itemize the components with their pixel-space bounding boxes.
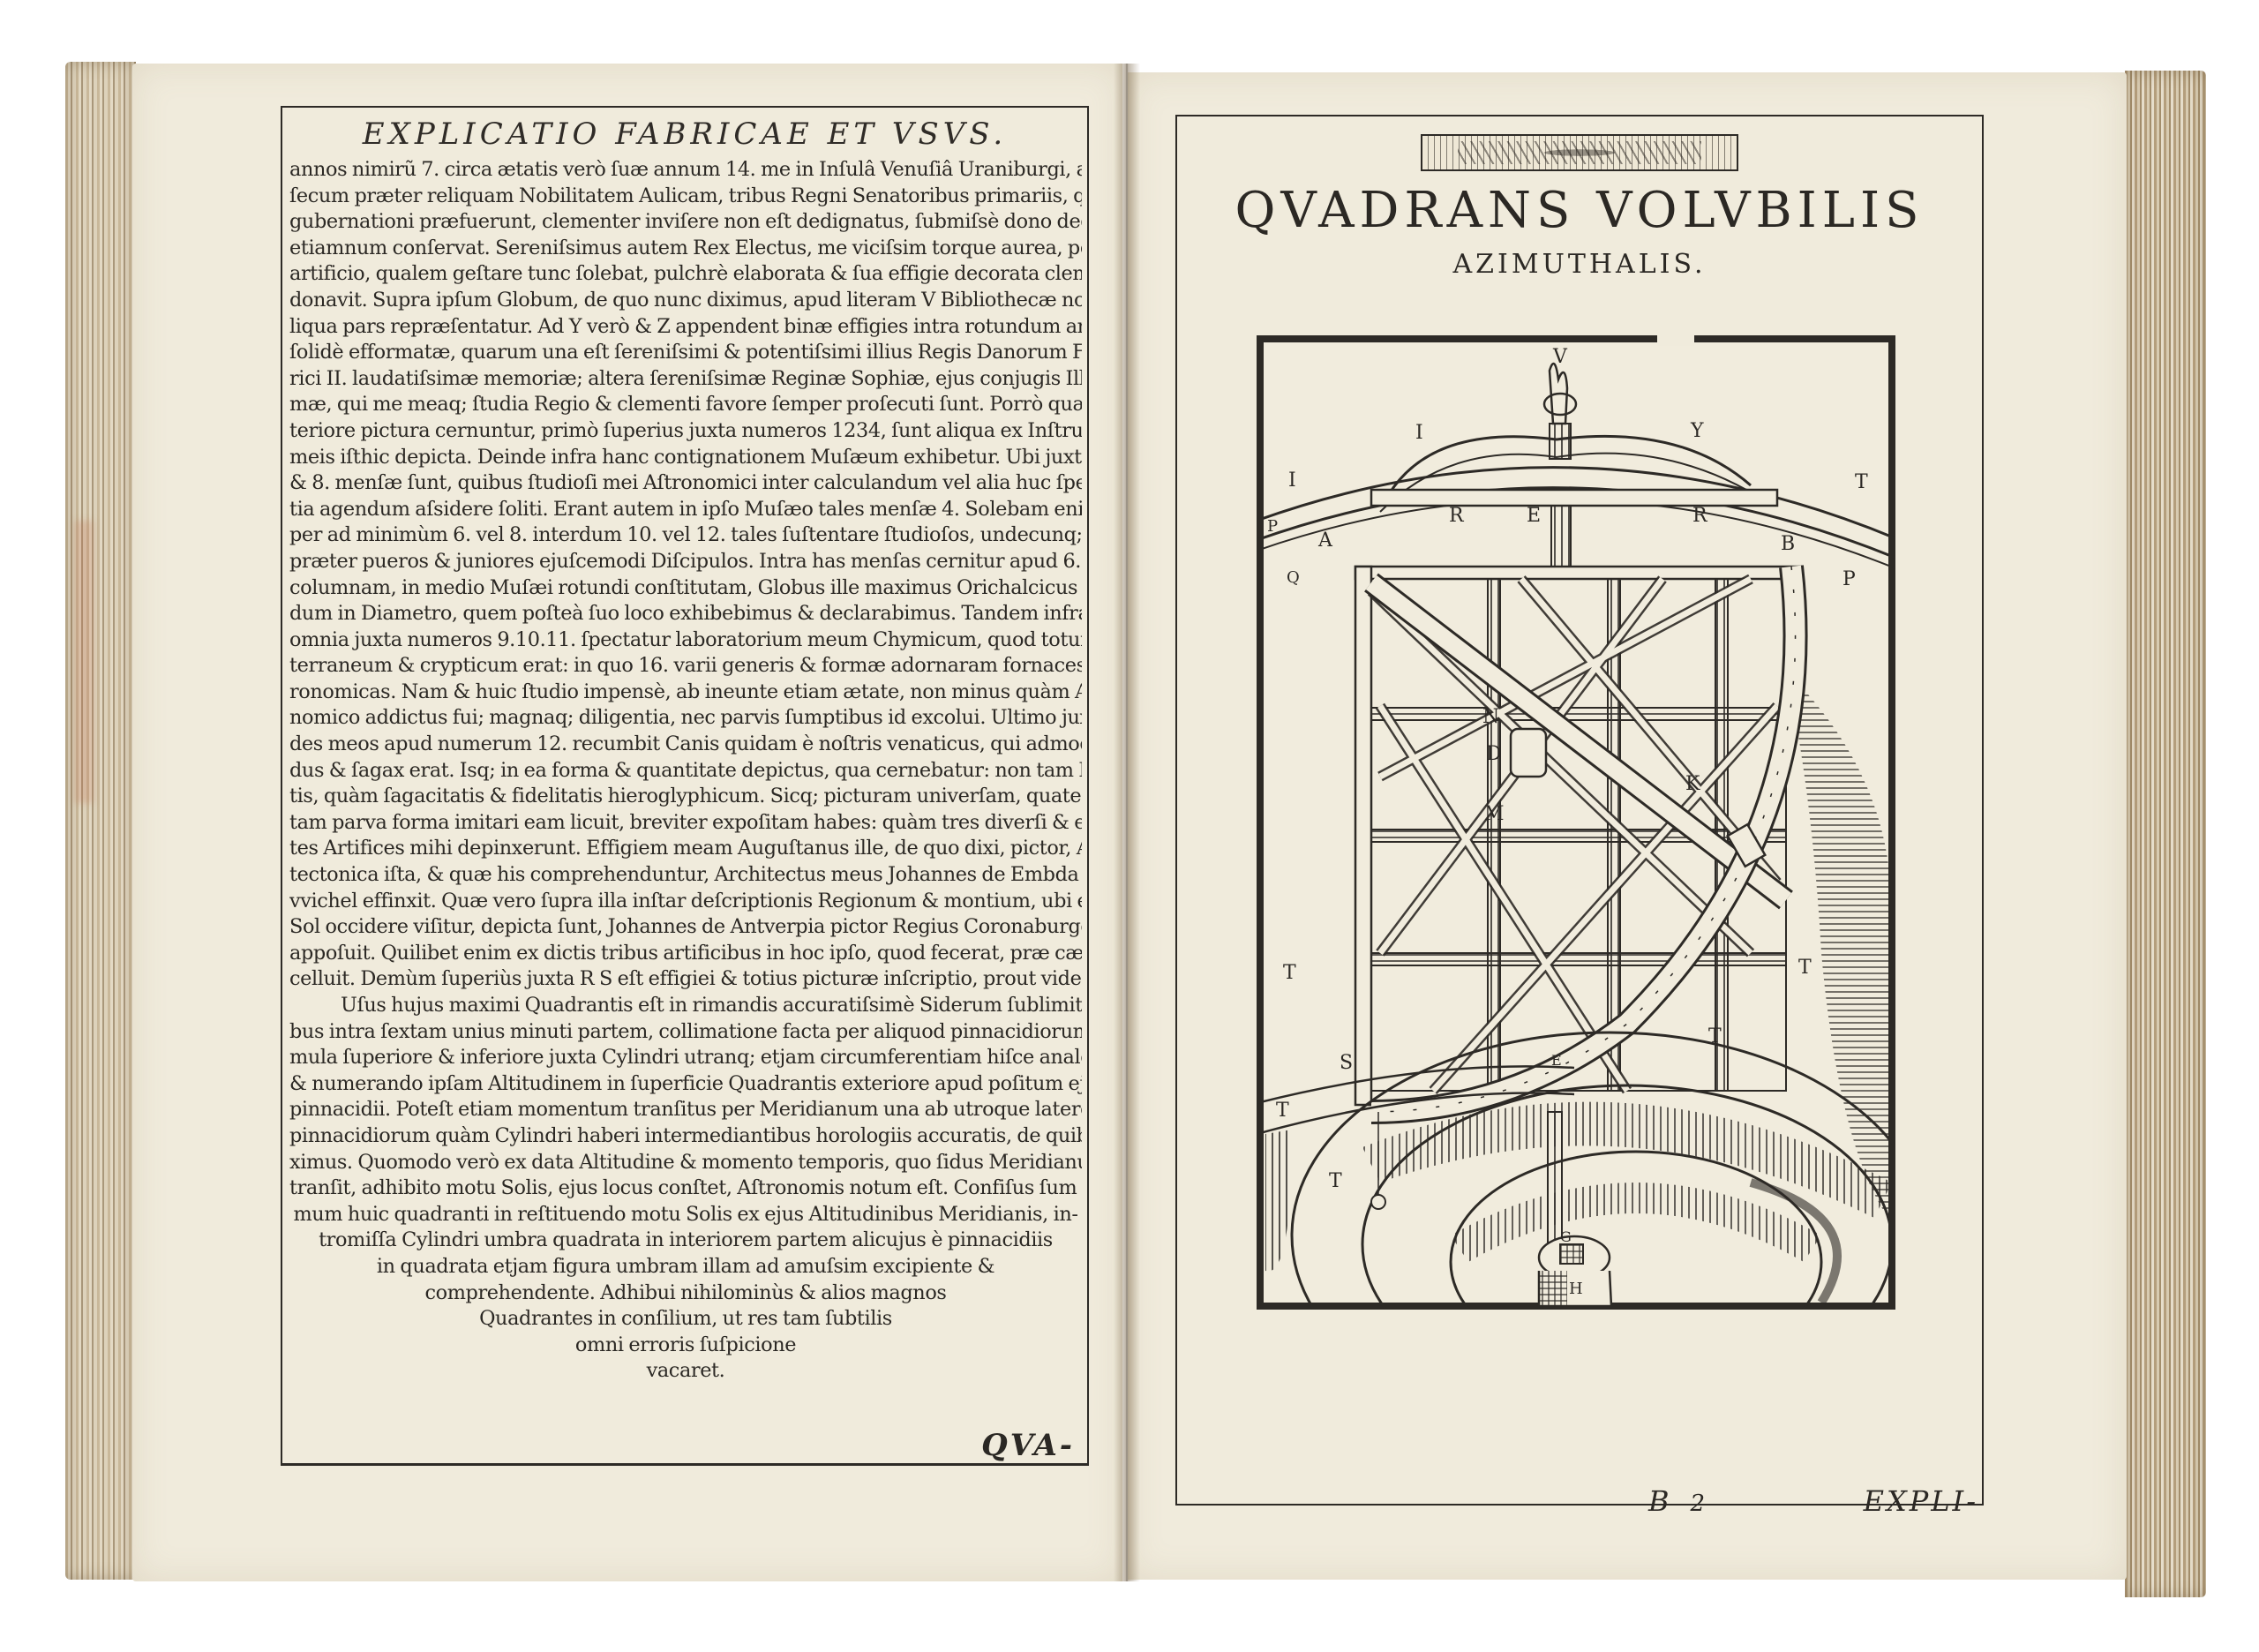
- frame-rule: [281, 106, 1089, 108]
- text-line: omnia juxta numeros 9.10.11. ſpectatur l…: [289, 627, 1082, 654]
- figure-label-t: T: [1798, 957, 1812, 979]
- text-line: meis iſthic depicta. Deinde infra hanc c…: [289, 445, 1082, 471]
- figure-label-e: E: [1527, 505, 1541, 527]
- left-fore-edge: [65, 62, 136, 1580]
- text-line: ſecum præter reliquam Nobilitatem Aulica…: [289, 184, 1082, 210]
- text-line: teriore pictura cernuntur, primò ſuperiu…: [289, 418, 1082, 445]
- quadrant-engraving: [1257, 335, 1895, 1310]
- text-line: ximus. Quomodo verò ex data Altitudine &…: [289, 1150, 1082, 1176]
- catchword: EXPLI-: [1864, 1484, 1978, 1518]
- text-line: tranſit, adhibito motu Solis, ejus locus…: [289, 1175, 1082, 1202]
- signature-mark: B2: [1648, 1484, 1705, 1518]
- figure-label-i: I: [1288, 469, 1296, 492]
- text-line: præter pueros & juniores ejuſcemodi Diſc…: [289, 549, 1082, 575]
- figure-label-q: Q: [1287, 568, 1300, 587]
- text-line: & 8. menſæ ſunt, quibus ſtudioſi mei Aſt…: [289, 470, 1082, 497]
- text-line: omni erroris ſuſpicione: [289, 1333, 1082, 1359]
- signature-letter: B: [1648, 1484, 1670, 1518]
- figure-label-t: T: [1708, 1025, 1722, 1048]
- text-line: terraneum & crypticum erat: in quo 16. v…: [289, 653, 1082, 680]
- text-line: donavit. Supra ipſum Globum, de quo nunc…: [289, 288, 1082, 314]
- text-line: Quadrantes in conſilium, ut res tam ſubt…: [289, 1306, 1082, 1333]
- frame-rule: [1175, 115, 1984, 116]
- text-line: ſolidè efformatæ, quarum una eſt ſereniſ…: [289, 340, 1082, 366]
- text-line: artificio, qualem geſtare tunc ſolebat, …: [289, 261, 1082, 288]
- text-line: appoſuit. Quilibet enim ex dictis tribus…: [289, 941, 1082, 967]
- open-book: EXPLICATIO FABRICAE ET VSVS. annos nimir…: [0, 0, 2259, 1652]
- text-line: pinnacidiorum quàm Cylindri haberi inter…: [289, 1123, 1082, 1150]
- figure-label-v: V: [1553, 346, 1567, 368]
- text-line: dum in Diametro, quem poſteà ſuo loco ex…: [289, 601, 1082, 627]
- book-gutter: [1114, 64, 1140, 1581]
- text-line: tes Artifices mihi depinxerunt. Effigiem…: [289, 836, 1082, 862]
- text-line: tis, quàm ſagacitatis & fidelitatis hier…: [289, 784, 1082, 810]
- text-line: per ad minimùm 6. vel 8. interdum 10. ve…: [289, 522, 1082, 549]
- text-line: pinnacidii. Poteſt etiam momentum tranſi…: [289, 1097, 1082, 1123]
- figure-label-n: N: [1482, 706, 1499, 728]
- catchword: QVA-: [981, 1428, 1075, 1463]
- text-line: gubernationi præfuerunt, clementer inviſ…: [289, 209, 1082, 236]
- figure-label-e: E: [1551, 1052, 1562, 1069]
- text-line: liqua pars repræſentatur. Ad Y verò & Z …: [289, 314, 1082, 341]
- figure-label-i: I: [1415, 422, 1423, 444]
- figure-label-t: T: [1276, 1100, 1289, 1122]
- figure-label-b: B: [1781, 533, 1795, 555]
- text-line: vvichel effinxit. Quæ vero ſupra illa in…: [289, 889, 1082, 915]
- text-line: Sol occidere viſitur, depicta ſunt, Joha…: [289, 914, 1082, 941]
- text-line: ronomicas. Nam & huic ſtudio impensè, ab…: [289, 680, 1082, 706]
- figure-label-k: K: [1685, 773, 1700, 795]
- text-line: mæ, qui me meaq; ſtudia Regio & clementi…: [289, 392, 1082, 418]
- text-line: tam parva forma imitari eam licuit, brev…: [289, 810, 1082, 837]
- figure-label-m: M: [1484, 803, 1505, 825]
- figure-label-d: D: [1486, 743, 1502, 765]
- figure-label-p: P: [1267, 517, 1278, 536]
- text-line: etiamnum conſervat. Sereniſsimus autem R…: [289, 236, 1082, 262]
- figure-label-h: H: [1569, 1280, 1583, 1298]
- left-page-text-frame: EXPLICATIO FABRICAE ET VSVS. annos nimir…: [281, 106, 1089, 1466]
- figure-label-s: S: [1340, 1052, 1353, 1074]
- figure-label-r: R: [1692, 505, 1707, 527]
- text-line: des meos apud numerum 12. recumbit Canis…: [289, 732, 1082, 758]
- figure-label-t: T: [1283, 962, 1296, 984]
- body-text: annos nimirũ 7. circa ætatis verò ſuæ an…: [289, 157, 1082, 1385]
- text-line: & numerando ipſam Altitudinem in ſuperfi…: [289, 1071, 1082, 1098]
- woodcut-illustration-quadrant: V I Y I T R E R A B P Q P N D K M T T S …: [1257, 335, 1895, 1310]
- figure-label-p: P: [1842, 568, 1856, 590]
- figure-label-r: R: [1449, 505, 1464, 527]
- text-line: tectonica iſta, & quæ his comprehenduntu…: [289, 862, 1082, 889]
- signature-number: 2: [1691, 1491, 1706, 1517]
- text-line: bus intra ſextam unius minuti partem, co…: [289, 1019, 1082, 1046]
- running-head: EXPLICATIO FABRICAE ET VSVS.: [282, 116, 1087, 152]
- text-line: tia agendum aſsidere ſoliti. Erant autem…: [289, 497, 1082, 523]
- figure-label-t: T: [1855, 471, 1868, 493]
- text-line: Uſus hujus maximi Quadrantis eſt in rima…: [289, 993, 1082, 1019]
- text-line: vacaret.: [289, 1358, 1082, 1385]
- text-line: comprehendente. Adhibui nihilominùs & al…: [289, 1280, 1082, 1307]
- text-line: columnam, in medio Muſæi rotundi conſtit…: [289, 575, 1082, 602]
- text-line: tromiſſa Cylindri umbra quadrata in inte…: [289, 1228, 1082, 1254]
- right-fore-edge: [2125, 71, 2206, 1597]
- text-line: annos nimirũ 7. circa ætatis verò ſuæ an…: [289, 157, 1082, 184]
- plate-title: QVADRANS VOLVBILIS: [1177, 182, 1982, 239]
- plate-subtitle: AZIMUTHALIS.: [1177, 249, 1982, 280]
- text-line: mum huic quadranti in reſtituendo motu S…: [289, 1202, 1082, 1228]
- text-line: dus & ſagax erat. Isq; in ea forma & qua…: [289, 758, 1082, 785]
- text-line: mula ſuperiore & inferiore juxta Cylindr…: [289, 1045, 1082, 1071]
- figure-label-g: G: [1560, 1228, 1572, 1245]
- text-line: celluit. Demùm ſuperiùs juxta R S eſt ef…: [289, 966, 1082, 993]
- headpiece-ornament: [1421, 134, 1738, 171]
- text-line: in quadrata etjam figura umbram illam ad…: [289, 1254, 1082, 1280]
- figure-label-t: T: [1329, 1170, 1342, 1192]
- text-line: nomico addictus fui; magnaq; diligentia,…: [289, 705, 1082, 732]
- figure-label-a: A: [1318, 529, 1332, 552]
- figure-label-y: Y: [1691, 420, 1704, 442]
- text-line: rici II. laudatiſsimæ memoriæ; altera ſe…: [289, 366, 1082, 393]
